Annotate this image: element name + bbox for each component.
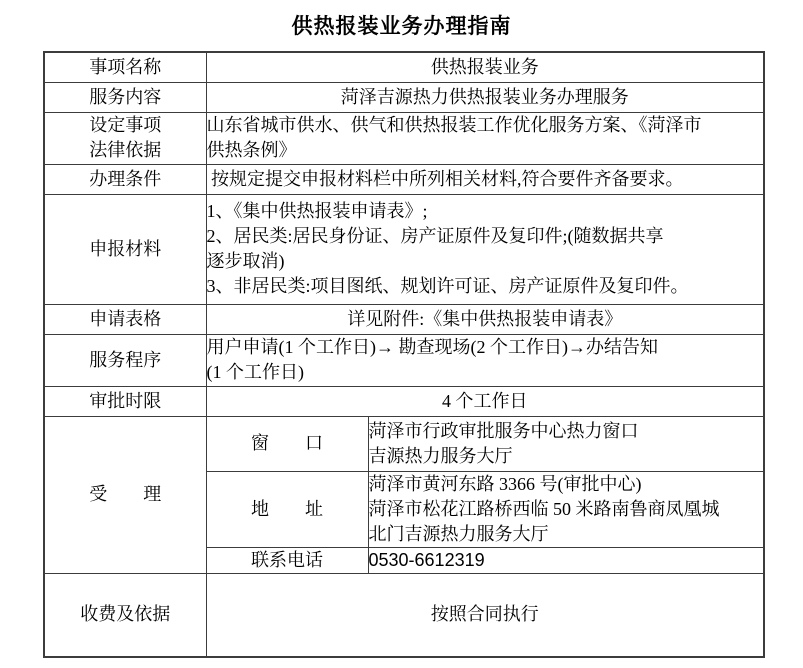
row-value-procedure: 用户申请(1 个工作日)→ 勘查现场(2 个工作日)→办结告知 (1 个工作日): [206, 334, 764, 386]
row-label-legal-basis: 设定事项 法律依据: [44, 112, 206, 164]
row-label-acceptance: 受 理: [44, 416, 206, 573]
row-acceptance-window: 受 理 窗 口 菏泽市行政审批服务中心热力窗口 吉源热力服务大厅: [44, 416, 764, 471]
row-procedure: 服务程序 用户申请(1 个工作日)→ 勘查现场(2 个工作日)→办结告知 (1 …: [44, 334, 764, 386]
document-page: 供热报装业务办理指南 事项名称 供热报装业务 服务内容 菏泽吉源热力供热报装业务…: [0, 0, 803, 668]
row-item-name: 事项名称 供热报装业务: [44, 52, 764, 82]
row-label-application-form: 申请表格: [44, 304, 206, 334]
row-value-item-name: 供热报装业务: [206, 52, 764, 82]
row-label-service-content: 服务内容: [44, 82, 206, 112]
row-value-legal-basis: 山东省城市供水、供气和供热报装工作优化服务方案、《菏泽市 供热条例》: [206, 112, 764, 164]
row-label-procedure: 服务程序: [44, 334, 206, 386]
document-title: 供热报装业务办理指南: [0, 0, 803, 51]
row-value-materials: 1、《集中供热报装申请表》; 2、居民类:居民身份证、房产证原件及复印件;(随数…: [206, 194, 764, 304]
row-value-service-content: 菏泽吉源热力供热报装业务办理服务: [206, 82, 764, 112]
row-sublabel-window: 窗 口: [206, 416, 368, 471]
row-value-application-form: 详见附件:《集中供热报装申请表》: [206, 304, 764, 334]
row-time-limit: 审批时限 4 个工作日: [44, 386, 764, 416]
row-label-item-name: 事项名称: [44, 52, 206, 82]
row-conditions: 办理条件 按规定提交申报材料栏中所列相关材料,符合要件齐备要求。: [44, 164, 764, 194]
row-materials: 申报材料 1、《集中供热报装申请表》; 2、居民类:居民身份证、房产证原件及复印…: [44, 194, 764, 304]
row-value-window: 菏泽市行政审批服务中心热力窗口 吉源热力服务大厅: [368, 416, 764, 471]
service-guide-table: 事项名称 供热报装业务 服务内容 菏泽吉源热力供热报装业务办理服务 设定事项 法…: [43, 51, 765, 658]
row-service-content: 服务内容 菏泽吉源热力供热报装业务办理服务: [44, 82, 764, 112]
row-label-conditions: 办理条件: [44, 164, 206, 194]
row-legal-basis: 设定事项 法律依据 山东省城市供水、供气和供热报装工作优化服务方案、《菏泽市 供…: [44, 112, 764, 164]
row-application-form: 申请表格 详见附件:《集中供热报装申请表》: [44, 304, 764, 334]
row-fees: 收费及依据 按照合同执行: [44, 573, 764, 657]
row-sublabel-phone: 联系电话: [206, 547, 368, 573]
row-value-conditions: 按规定提交申报材料栏中所列相关材料,符合要件齐备要求。: [206, 164, 764, 194]
row-value-address: 菏泽市黄河东路 3366 号(审批中心) 菏泽市松花江路桥西临 50 米路南鲁商…: [368, 471, 764, 547]
row-value-time-limit: 4 个工作日: [206, 386, 764, 416]
row-sublabel-address: 地 址: [206, 471, 368, 547]
row-value-fees: 按照合同执行: [206, 573, 764, 657]
row-label-fees: 收费及依据: [44, 573, 206, 657]
row-label-time-limit: 审批时限: [44, 386, 206, 416]
row-label-materials: 申报材料: [44, 194, 206, 304]
row-value-phone: 0530-6612319: [368, 547, 764, 573]
